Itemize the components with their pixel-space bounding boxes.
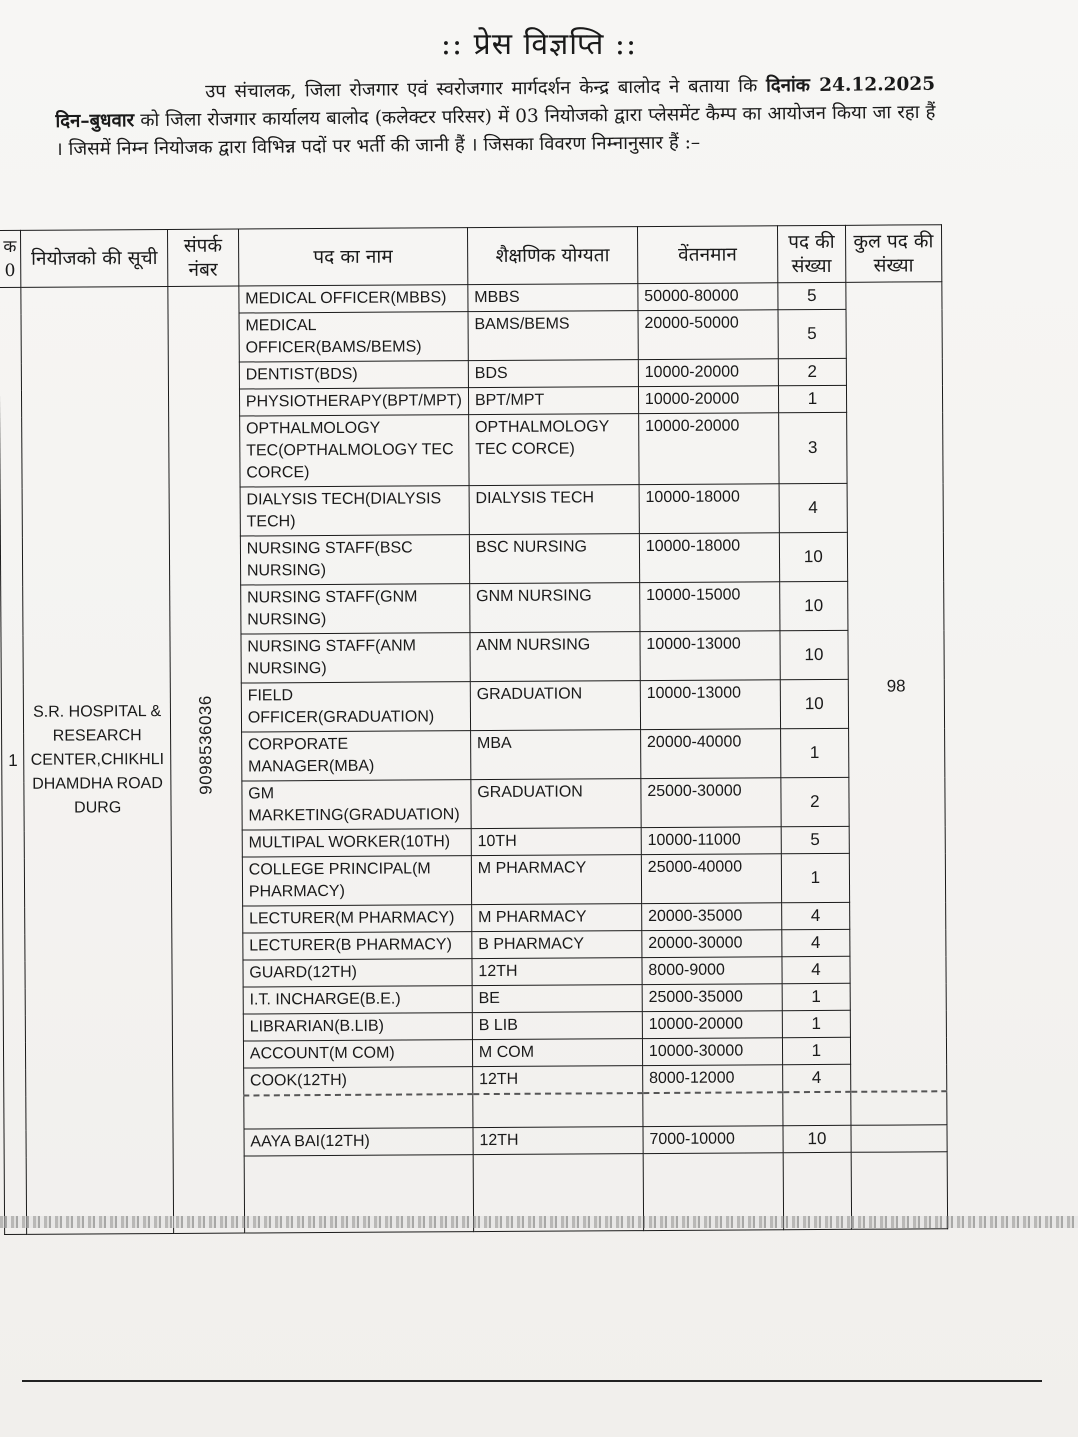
post-name: MEDICAL OFFICER(BAMS/BEMS) bbox=[239, 312, 468, 362]
qualification: GRADUATION bbox=[470, 681, 640, 731]
salary-range: 10000-20000 bbox=[642, 1011, 782, 1039]
post-count: 1 bbox=[782, 983, 850, 1010]
salary-range: 20000-35000 bbox=[641, 903, 781, 931]
salary-range: 10000-13000 bbox=[640, 680, 780, 730]
header-salary: वेंतनमान bbox=[637, 226, 777, 284]
press-release-page: :: प्रेस विज्ञप्ति :: उप संचालक, जिला रो… bbox=[0, 0, 1078, 1437]
post-count: 10 bbox=[780, 581, 848, 630]
header-sno: क 0 bbox=[0, 230, 21, 287]
empty-cell bbox=[643, 1092, 783, 1126]
post-name: AAYA BAI(12TH) bbox=[244, 1128, 473, 1156]
post-name: PHYSIOTHERAPY(BPT/MPT) bbox=[239, 388, 468, 416]
qualification: DIALYSIS TECH bbox=[469, 485, 639, 535]
qualification: 12TH bbox=[473, 1127, 643, 1155]
post-count: 5 bbox=[781, 826, 849, 853]
post-name: LIBRARIAN(B.LIB) bbox=[243, 1013, 472, 1041]
post-count: 4 bbox=[782, 929, 850, 956]
salary-range: 10000-20000 bbox=[638, 386, 778, 414]
employer-name: S.R. HOSPITAL & RESEARCH CENTER,CHIKHLI … bbox=[21, 286, 173, 1234]
header-total: कुल पद की संख्या bbox=[845, 225, 941, 283]
salary-range: 50000-80000 bbox=[638, 283, 778, 311]
header-post: पद का नाम bbox=[238, 228, 467, 286]
post-count: 1 bbox=[782, 1010, 850, 1037]
total-posts: 98 bbox=[846, 282, 947, 1092]
salary-range: 8000-9000 bbox=[642, 957, 782, 985]
qualification: BAMS/BEMS bbox=[468, 311, 638, 361]
header-employer: नियोजको की सूची bbox=[21, 229, 168, 287]
empty-cell bbox=[244, 1094, 473, 1129]
post-name: MEDICAL OFFICER(MBBS) bbox=[239, 285, 468, 313]
qualification: 10TH bbox=[471, 828, 641, 856]
post-count: 3 bbox=[778, 412, 846, 483]
vacancy-table: क 0 नियोजको की सूची संपर्क नंबर पद का ना… bbox=[0, 224, 948, 1235]
salary-range: 20000-40000 bbox=[640, 729, 780, 779]
post-name: COLLEGE PRINCIPAL(M PHARMACY) bbox=[242, 856, 471, 906]
salary-range: 7000-10000 bbox=[643, 1126, 783, 1154]
salary-range: 10000-13000 bbox=[640, 631, 780, 681]
header-count: पद की संख्या bbox=[777, 225, 845, 282]
post-name: COOK(12TH) bbox=[243, 1067, 472, 1096]
post-count: 10 bbox=[779, 532, 847, 581]
qualification: OPTHALMOLOGY TEC CORCE) bbox=[468, 414, 638, 486]
post-count: 1 bbox=[780, 728, 848, 777]
salary-range: 10000-11000 bbox=[641, 827, 781, 855]
post-name: I.T. INCHARGE(B.E.) bbox=[243, 986, 472, 1014]
post-name: NURSING STAFF(ANM NURSING) bbox=[241, 633, 470, 683]
qualification: M COM bbox=[472, 1039, 642, 1067]
qualification: MBA bbox=[470, 730, 640, 780]
salary-range: 10000-18000 bbox=[639, 533, 779, 583]
post-name: NURSING STAFF(BSC NURSING) bbox=[240, 535, 469, 585]
contact-number-cell: 9098536036 bbox=[168, 286, 245, 1233]
post-name: CORPORATE MANAGER(MBA) bbox=[241, 731, 470, 781]
salary-range: 10000-15000 bbox=[640, 582, 780, 632]
post-count: 4 bbox=[779, 483, 847, 532]
post-count: 10 bbox=[783, 1125, 851, 1152]
salary-range: 20000-30000 bbox=[642, 930, 782, 958]
qualification: GRADUATION bbox=[471, 779, 641, 829]
post-count: 4 bbox=[782, 1064, 850, 1092]
header-contact: संपर्क नंबर bbox=[167, 229, 238, 286]
salary-range: 10000-20000 bbox=[638, 413, 778, 485]
post-name: GUARD(12TH) bbox=[243, 959, 472, 987]
empty-cell bbox=[851, 1091, 947, 1125]
qualification: B LIB bbox=[472, 1012, 642, 1040]
post-name: GM MARKETING(GRADUATION) bbox=[242, 780, 471, 830]
salary-range: 8000-12000 bbox=[642, 1065, 782, 1093]
empty-cell bbox=[851, 1125, 947, 1153]
qualification: BDS bbox=[468, 360, 638, 388]
empty-cell bbox=[783, 1092, 851, 1126]
intro-text-2: को जिला रोजगार कार्यालय बालोद (कलेक्टर प… bbox=[56, 102, 936, 160]
bottom-rule bbox=[22, 1380, 1042, 1382]
salary-range: 25000-30000 bbox=[641, 778, 781, 828]
post-count: 5 bbox=[778, 282, 846, 309]
post-name: LECTURER(B PHARMACY) bbox=[243, 932, 472, 960]
contact-number: 9098536036 bbox=[195, 725, 217, 795]
document-title: :: प्रेस विज्ञप्ति :: bbox=[0, 22, 1078, 63]
intro-text-1: उप संचालक, जिला रोजगार एवं स्वरोजगार मार… bbox=[205, 76, 757, 103]
qualification: BPT/MPT bbox=[468, 387, 638, 415]
post-count: 10 bbox=[780, 630, 848, 679]
post-name: OPTHALMOLOGY TEC(OPTHALMOLOGY TEC CORCE) bbox=[239, 415, 468, 487]
post-count: 4 bbox=[782, 956, 850, 983]
post-count: 1 bbox=[782, 1037, 850, 1064]
qualification: M PHARMACY bbox=[471, 855, 641, 905]
salary-range: 10000-20000 bbox=[638, 359, 778, 387]
qualification: BE bbox=[472, 985, 642, 1013]
post-count: 1 bbox=[781, 853, 849, 902]
post-count: 2 bbox=[778, 358, 846, 385]
post-count: 4 bbox=[781, 902, 849, 929]
salary-range: 10000-18000 bbox=[639, 484, 779, 534]
table-header-row: क 0 नियोजको की सूची संपर्क नंबर पद का ना… bbox=[0, 225, 942, 288]
salary-range: 25000-35000 bbox=[642, 984, 782, 1012]
post-name: DIALYSIS TECH(DIALYSIS TECH) bbox=[240, 486, 469, 536]
qualification: 12TH bbox=[472, 958, 642, 986]
qualification: B PHARMACY bbox=[472, 931, 642, 959]
intro-paragraph: उप संचालक, जिला रोजगार एवं स्वरोजगार मार… bbox=[55, 71, 936, 164]
qualification: ANM NURSING bbox=[470, 632, 640, 682]
table-body: 1S.R. HOSPITAL & RESEARCH CENTER,CHIKHLI… bbox=[0, 282, 947, 1235]
post-name: MULTIPAL WORKER(10TH) bbox=[242, 829, 471, 857]
qualification: GNM NURSING bbox=[470, 583, 640, 633]
scan-artifact bbox=[0, 1216, 1078, 1228]
post-name: LECTURER(M PHARMACY) bbox=[242, 905, 471, 933]
post-count: 1 bbox=[778, 385, 846, 412]
qualification: M PHARMACY bbox=[471, 904, 641, 932]
qualification: MBBS bbox=[468, 284, 638, 312]
post-count: 10 bbox=[780, 679, 848, 728]
post-name: FIELD OFFICER(GRADUATION) bbox=[241, 682, 470, 732]
salary-range: 20000-50000 bbox=[638, 310, 778, 360]
post-count: 2 bbox=[781, 777, 849, 826]
qualification: 12TH bbox=[472, 1066, 642, 1095]
post-count: 5 bbox=[778, 309, 846, 358]
salary-range: 10000-30000 bbox=[642, 1038, 782, 1066]
post-name: NURSING STAFF(GNM NURSING) bbox=[241, 584, 470, 634]
post-name: DENTIST(BDS) bbox=[239, 361, 468, 389]
header-qualification: शैक्षणिक योग्यता bbox=[467, 227, 637, 285]
post-name: ACCOUNT(M COM) bbox=[243, 1040, 472, 1068]
qualification: BSC NURSING bbox=[469, 534, 639, 584]
empty-cell bbox=[473, 1093, 643, 1128]
salary-range: 25000-40000 bbox=[641, 854, 781, 904]
